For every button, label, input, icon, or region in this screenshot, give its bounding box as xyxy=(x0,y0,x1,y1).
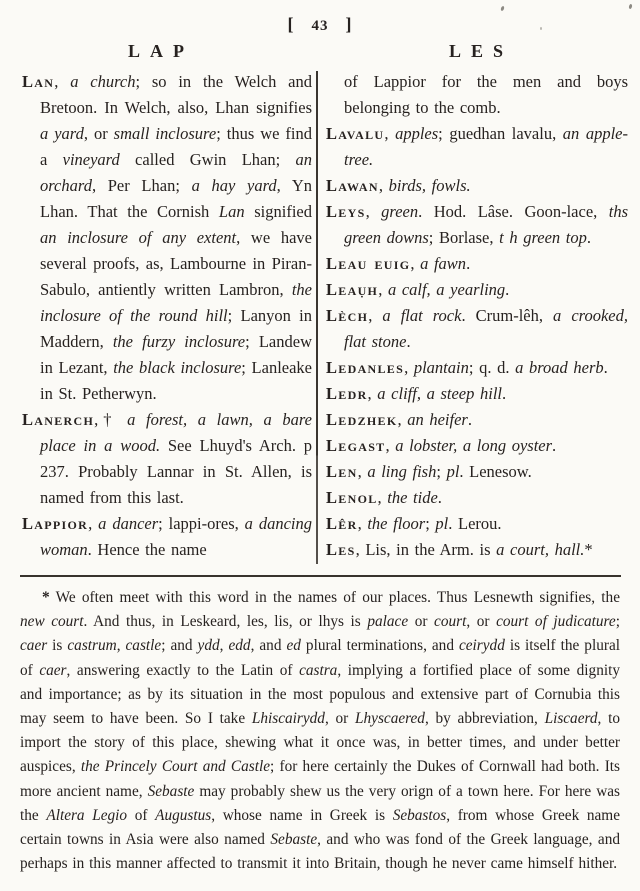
entry-headword: Leaụh xyxy=(326,280,378,299)
dictionary-entry: of Lappior for the men and boys belongin… xyxy=(326,69,628,121)
entry-text: , green. Hod. Lâse. Goon-lace, ths green… xyxy=(344,202,628,247)
footnote-separator xyxy=(20,575,621,577)
dictionary-entry: Ledanles, plantain; q. d. a broad herb. xyxy=(326,355,628,381)
entry-text: of Lappior for the men and boys belongin… xyxy=(344,72,628,117)
entry-headword: Ledzhek xyxy=(326,410,397,429)
entry-text: , a cliff, a steep hill. xyxy=(368,384,507,403)
right-column-header: LES xyxy=(312,41,640,67)
column-divider xyxy=(316,71,318,564)
dictionary-entry: Lèch, a flat rock. Crum-lêh, a crooked, … xyxy=(326,303,628,355)
entry-text: , an heifer. xyxy=(397,410,472,429)
dictionary-entry: Leys, green. Hod. Lâse. Goon-lace, ths g… xyxy=(326,199,628,251)
page-number-value: 43 xyxy=(312,18,329,34)
entry-headword: Lenol xyxy=(326,488,378,507)
entry-text: , a flat rock. Crum-lêh, a crooked, flat… xyxy=(344,306,628,351)
page-number: [43] xyxy=(0,14,640,40)
dictionary-entry: Lan, a church; so in the Welch and Breto… xyxy=(22,69,312,407)
dictionary-entry: Leaụh, a calf, a yearling. xyxy=(326,277,628,303)
entry-text: , birds, fowls. xyxy=(379,176,471,195)
entry-text: , a church; so in the Welch and Bretoon.… xyxy=(40,72,312,403)
right-bracket: ] xyxy=(346,14,353,34)
entry-text: , plantain; q. d. a broad herb. xyxy=(404,358,608,377)
dictionary-entry: Legast, a lobster, a long oyster. xyxy=(326,433,628,459)
entry-headword: Lawan xyxy=(326,176,379,195)
column-headers: LAP LES xyxy=(0,41,640,67)
dictionary-entry: Leau euig, a fawn. xyxy=(326,251,628,277)
scanned-dictionary-page: [43] LAP LES Lan, a church; so in the We… xyxy=(0,0,640,891)
dictionary-entry: Lêr, the floor; pl. Lerou. xyxy=(326,511,628,537)
scan-speck xyxy=(540,27,542,30)
entry-text: , apples; guedhan lavalu, an apple-tree. xyxy=(344,124,628,169)
entry-headword: Les xyxy=(326,540,356,559)
entry-headword: Lanerch xyxy=(22,410,94,429)
left-bracket: [ xyxy=(288,14,295,34)
entry-headword: Lappior xyxy=(22,514,88,533)
scan-speck xyxy=(628,4,632,10)
scan-speck xyxy=(500,6,505,12)
footnote-marker: * xyxy=(42,589,50,606)
entry-text: , the floor; pl. Lerou. xyxy=(358,514,502,533)
entry-text: , a lobster, a long oyster. xyxy=(386,436,557,455)
entry-headword: Ledr xyxy=(326,384,368,403)
entry-text: , a ling fish; pl. Lenesow. xyxy=(358,462,532,481)
dictionary-entry: Len, a ling fish; pl. Lenesow. xyxy=(326,459,628,485)
entry-headword: Ledanles xyxy=(326,358,404,377)
dictionary-entry: Lavalu, apples; guedhan lavalu, an apple… xyxy=(326,121,628,173)
entry-headword: Lavalu xyxy=(326,124,384,143)
entry-headword: Leys xyxy=(326,202,366,221)
entry-text: , Lis, in the Arm. is a court, hall.* xyxy=(356,540,593,559)
entry-headword: Lèch xyxy=(326,306,368,325)
entry-headword: Len xyxy=(326,462,358,481)
entry-headword: Legast xyxy=(326,436,386,455)
text-columns: Lan, a church; so in the Welch and Breto… xyxy=(0,67,640,564)
footnote: * We often meet with this word in the na… xyxy=(20,586,620,876)
dictionary-entry: Ledzhek, an heifer. xyxy=(326,407,628,433)
dictionary-entry: Les, Lis, in the Arm. is a court, hall.* xyxy=(326,537,628,563)
dictionary-entry: Lanerch,† a forest, a lawn, a bare place… xyxy=(22,407,312,511)
dictionary-entry: Lawan, birds, fowls. xyxy=(326,173,628,199)
dictionary-entry: Lappior, a dancer; lappi-ores, a dancing… xyxy=(22,511,312,563)
entry-text: , a calf, a yearling. xyxy=(378,280,509,299)
entry-text: , the tide. xyxy=(378,488,442,507)
entry-headword: Leau euig xyxy=(326,254,410,273)
entry-headword: Lêr xyxy=(326,514,358,533)
left-column-header: LAP xyxy=(0,41,312,67)
footnote-text: We often meet with this word in the name… xyxy=(20,589,620,872)
dictionary-entry: Lenol, the tide. xyxy=(326,485,628,511)
left-column: Lan, a church; so in the Welch and Breto… xyxy=(22,69,312,564)
dictionary-entry: Ledr, a cliff, a steep hill. xyxy=(326,381,628,407)
right-column: of Lappior for the men and boys belongin… xyxy=(324,69,628,564)
entry-text: , a fawn. xyxy=(410,254,470,273)
entry-headword: Lan xyxy=(22,72,54,91)
